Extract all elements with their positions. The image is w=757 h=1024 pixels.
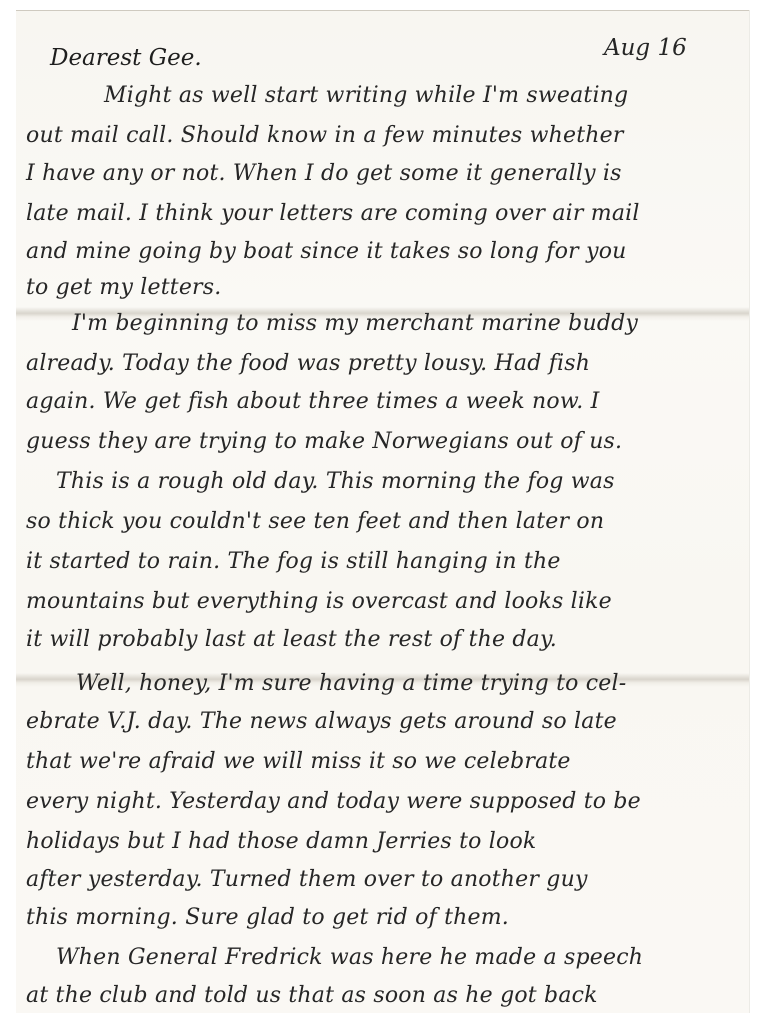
letter-line: Well, honey, I'm sure having a time tryi… — [76, 671, 626, 696]
letter-line: every night. Yesterday and today were su… — [26, 789, 641, 814]
letter-line: out mail call. Should know in a few minu… — [26, 123, 624, 148]
letter-line: When General Fredrick was here he made a… — [56, 945, 643, 970]
letter-line: and mine going by boat since it takes so… — [26, 239, 627, 264]
letter-line: to get my letters. — [26, 275, 221, 300]
letter-line: ebrate V.J. day. The news always gets ar… — [26, 709, 617, 734]
letter-salutation: Dearest Gee. — [50, 45, 202, 71]
letter-line: This is a rough old day. This morning th… — [56, 469, 615, 494]
letter-line: guess they are trying to make Norwegians… — [26, 429, 622, 454]
letter-line: I have any or not. When I do get some it… — [26, 161, 622, 186]
letter-line: at the club and told us that as soon as … — [26, 983, 598, 1008]
letter-line: Might as well start writing while I'm sw… — [104, 83, 628, 108]
letter-line: after yesterday. Turned them over to ano… — [26, 867, 588, 892]
letter-page: Dearest Gee. Aug 16 Might as well start … — [16, 10, 749, 1013]
letter-line: late mail. I think your letters are comi… — [26, 201, 640, 226]
letter-line: again. We get fish about three times a w… — [26, 389, 600, 414]
letter-line: mountains but everything is overcast and… — [26, 589, 612, 614]
letter-line: it will probably last at least the rest … — [26, 627, 557, 652]
letter-line: that we're afraid we will miss it so we … — [26, 749, 571, 774]
letter-date: Aug 16 — [604, 35, 687, 61]
letter-line: this morning. Sure glad to get rid of th… — [26, 905, 509, 930]
letter-line: it started to rain. The fog is still han… — [26, 549, 561, 574]
letter-line: holidays but I had those damn Jerries to… — [26, 829, 536, 854]
letter-line: so thick you couldn't see ten feet and t… — [26, 509, 604, 534]
letter-line: already. Today the food was pretty lousy… — [26, 351, 590, 376]
letter-line: I'm beginning to miss my merchant marine… — [72, 311, 638, 336]
